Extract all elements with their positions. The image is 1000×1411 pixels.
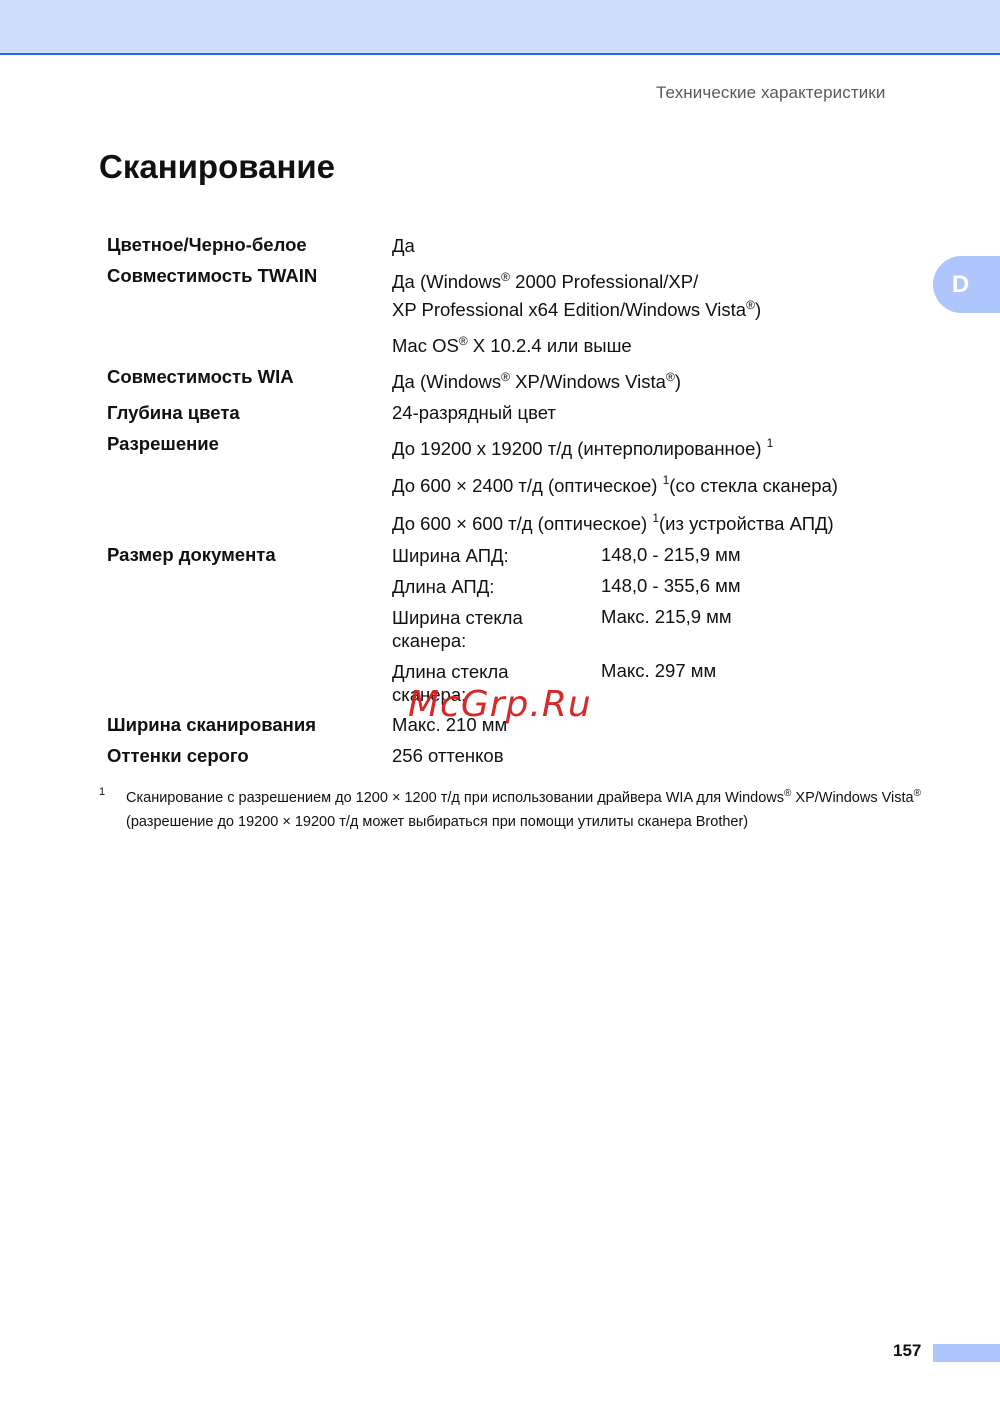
spec-value-grayscale: 256 оттенков — [392, 745, 504, 767]
doc-size-value: 148,0 - 355,6 мм — [601, 575, 741, 597]
doc-size-value: Макс. 215,9 мм — [601, 606, 732, 628]
spec-label-twain: Совместимость TWAIN — [107, 265, 317, 287]
doc-size-name: Ширина АПД: — [392, 544, 572, 567]
spec-value-resolution-glass: До 600 × 2400 т/д (оптическое) 1(со стек… — [392, 475, 838, 497]
page-title: Сканирование — [99, 148, 335, 186]
spec-label-document-size: Размер документа — [107, 544, 276, 566]
spec-label-resolution: Разрешение — [107, 433, 219, 455]
spec-value-color-depth: 24-разрядный цвет — [392, 402, 556, 424]
spec-value-resolution-interpolated: До 19200 x 19200 т/д (интерполированное)… — [392, 438, 773, 460]
doc-size-value: 148,0 - 215,9 мм — [601, 544, 741, 566]
footer-band — [933, 1344, 1000, 1362]
spec-value-wia: Да (Windows® XP/Windows Vista®) — [392, 371, 681, 393]
chapter-tab[interactable]: D — [933, 256, 1000, 313]
spec-value-color-bw: Да — [392, 235, 415, 257]
header-band — [0, 0, 1000, 55]
doc-size-value: Макс. 297 мм — [601, 660, 716, 682]
doc-size-name: Ширина стекла сканера: — [392, 606, 552, 652]
spec-value-twain-line1: Да (Windows® 2000 Professional/XP/ — [392, 271, 698, 293]
footnote-mark: 1 — [99, 786, 105, 798]
spec-value-resolution-adf: До 600 × 600 т/д (оптическое) 1(из устро… — [392, 513, 834, 535]
running-header: Технические характеристики — [656, 83, 885, 103]
spec-label-wia: Совместимость WIA — [107, 366, 294, 388]
doc-size-name: Длина АПД: — [392, 575, 572, 598]
watermark: McGrp.Ru — [408, 684, 592, 725]
spec-value-twain-line2: XP Professional x64 Edition/Windows Vist… — [392, 299, 761, 321]
chapter-tab-label: D — [952, 271, 969, 299]
footnote-ref[interactable]: 1 — [767, 436, 774, 450]
spec-label-scan-width: Ширина сканирования — [107, 714, 316, 736]
spec-value-twain-mac: Mac OS® X 10.2.4 или выше — [392, 335, 632, 357]
footnote-text: Сканирование с разрешением до 1200 × 120… — [126, 786, 926, 834]
spec-label-color-depth: Глубина цвета — [107, 402, 240, 424]
page-number: 157 — [893, 1341, 921, 1361]
footnote-ref[interactable]: 1 — [652, 511, 659, 525]
spec-label-grayscale: Оттенки серого — [107, 745, 249, 767]
spec-label-color-bw: Цветное/Черно-белое — [107, 234, 307, 256]
